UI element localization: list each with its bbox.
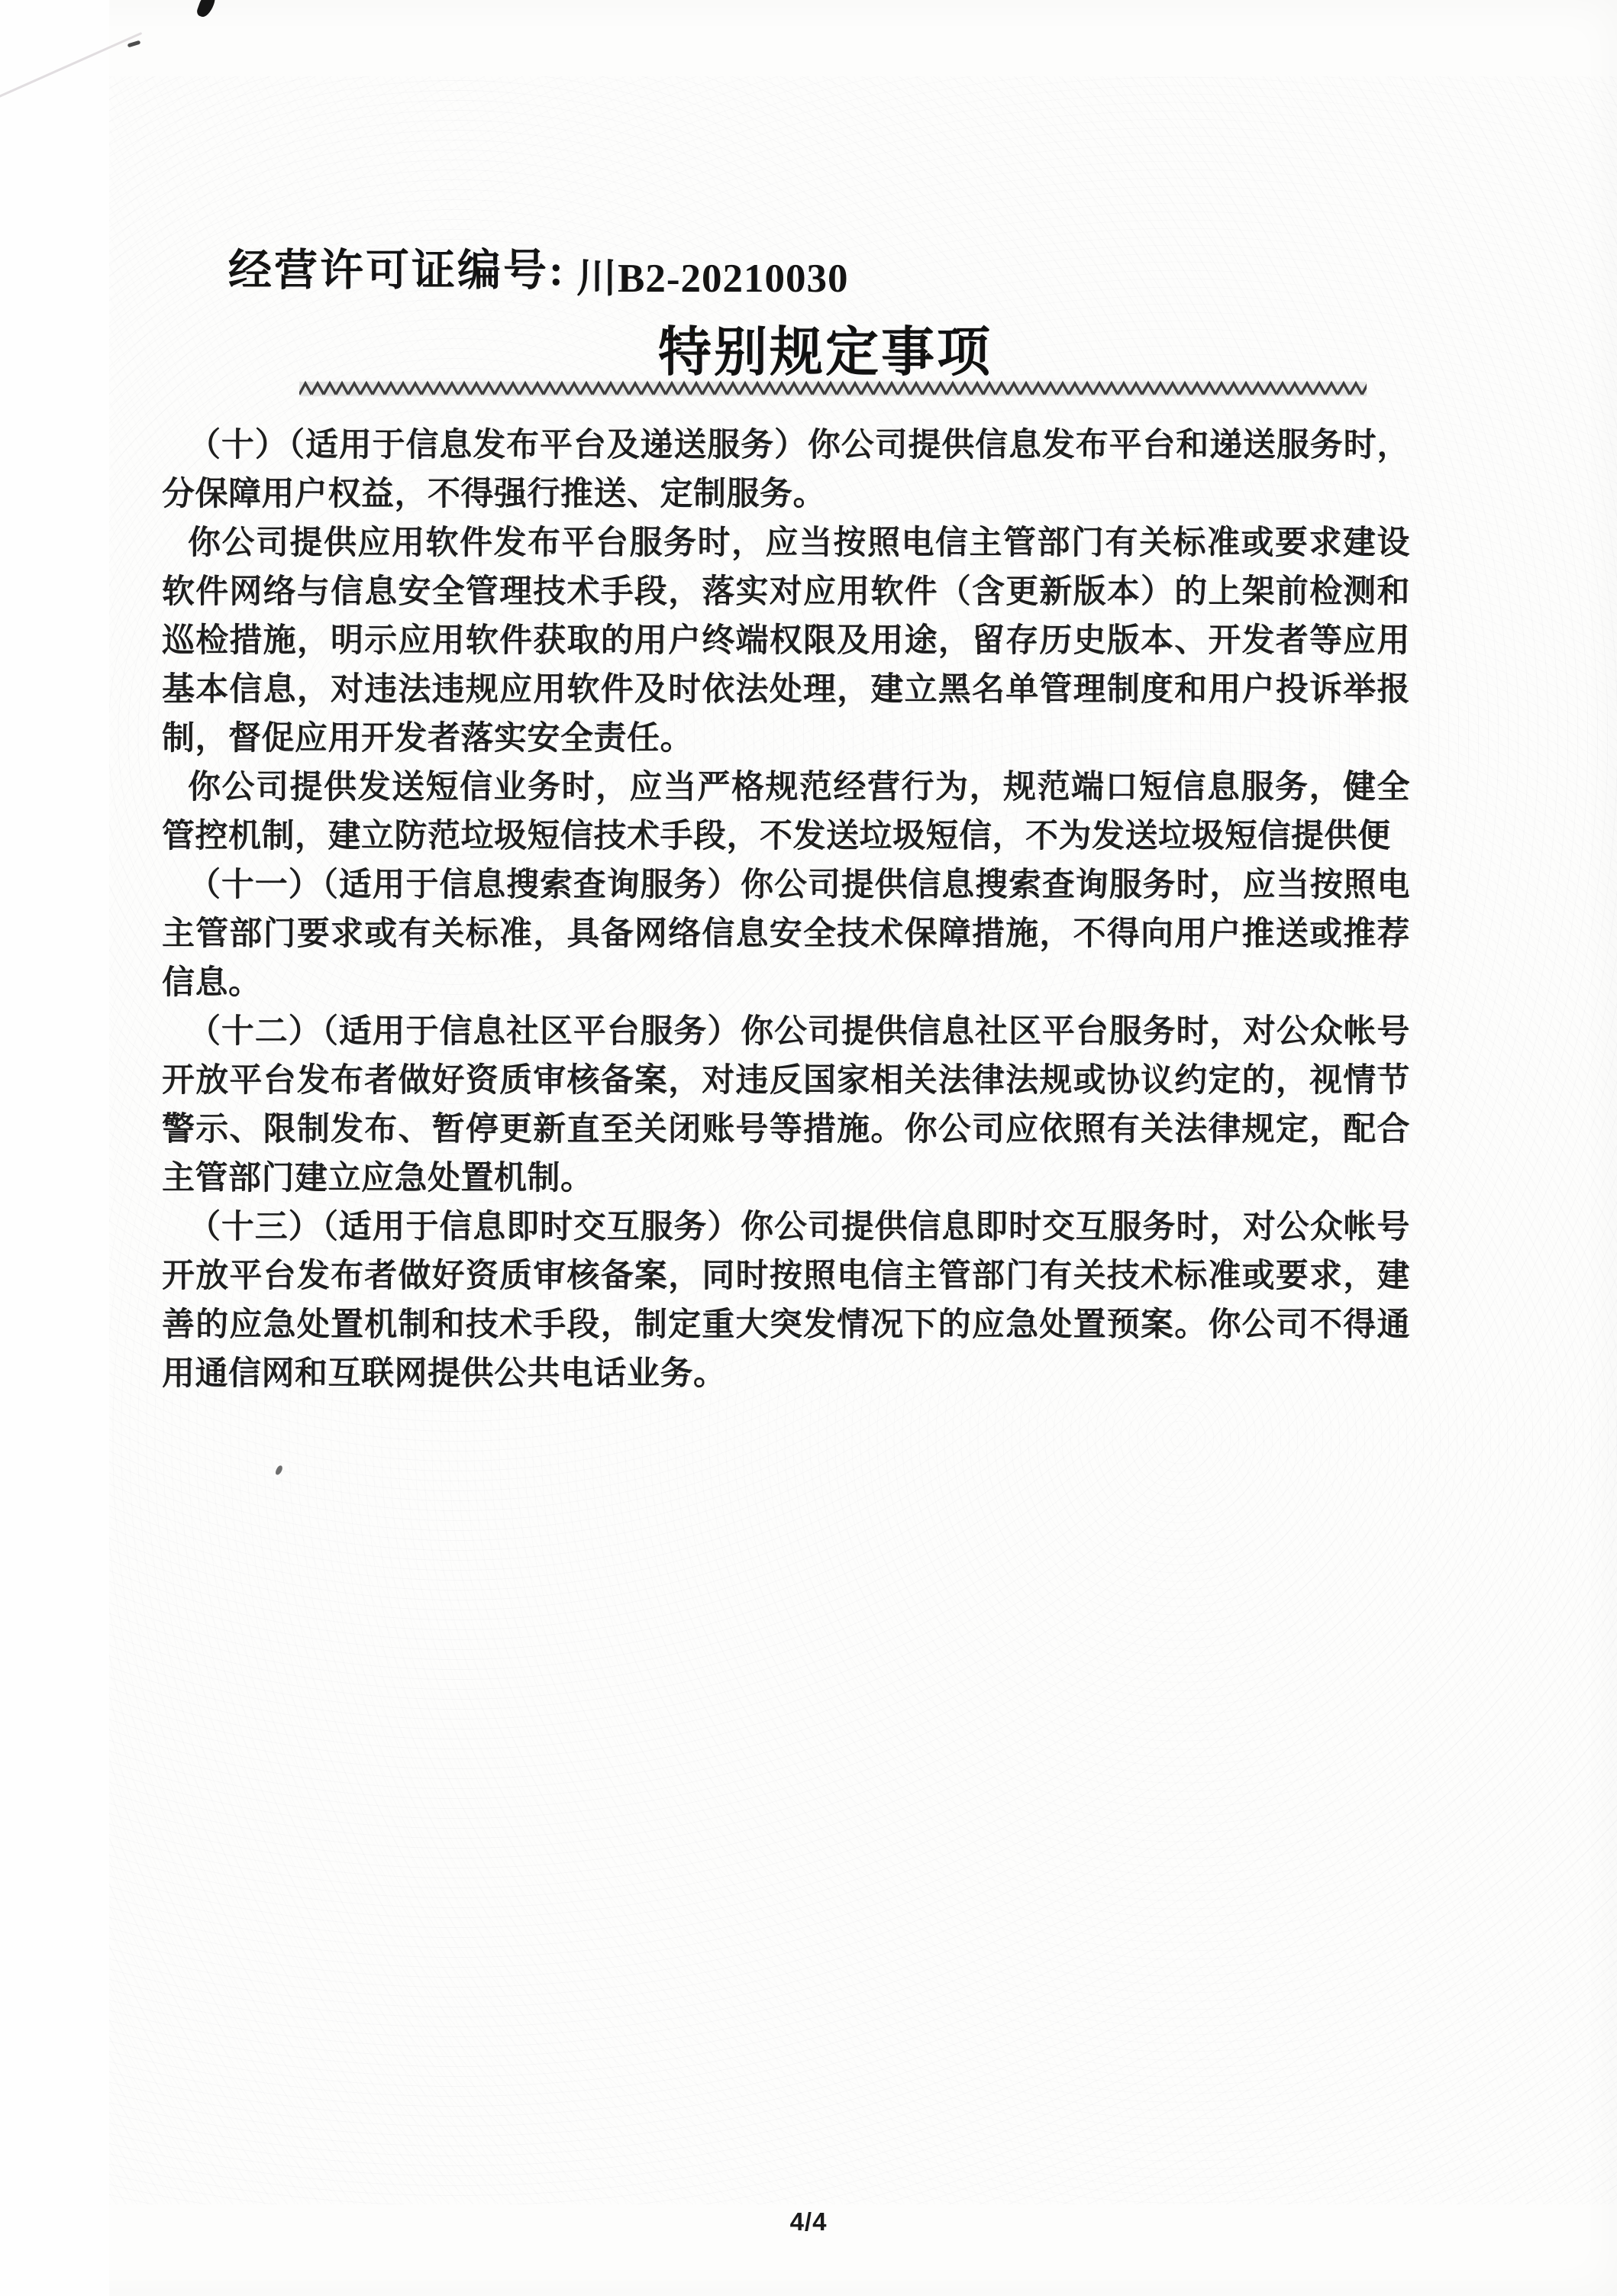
license-label: 经营许可证编号: (228, 247, 566, 295)
paragraph: （十三）（适用于信息即时交互服务）你公司提供信息即时交互服务时，对公众帐号和开放… (162, 1203, 1410, 1398)
text-line: 开放平台发布者做好资质审核备案，同时按照电信主管部门有关技术标准或要求，建立完 (162, 1251, 1410, 1300)
zigzag-divider (299, 379, 1367, 399)
text-line: 你公司提供发送短信业务时，应当严格规范经营行为，规范端口短信息服务，健全内部 (162, 763, 1410, 812)
text-line: 基本信息，对违法违规应用软件及时依法处理，建立黑名单管理制度和用户投诉举报机 (162, 665, 1410, 714)
text-line: （十一）（适用于信息搜索查询服务）你公司提供信息搜索查询服务时，应当按照电信 (162, 861, 1410, 909)
paragraph: 你公司提供发送短信业务时，应当严格规范经营行为，规范端口短信息服务，健全内部管控… (162, 763, 1410, 861)
text-line: 巡检措施，明示应用软件获取的用户终端权限及用途，留存历史版本、开发者等应用软件 (162, 616, 1410, 665)
text-line: 分保障用户权益，不得强行推送、定制服务。 (162, 470, 1410, 518)
text-line: 信息。 (162, 958, 1410, 1007)
text-line: 用通信网和互联网提供公共电话业务。 (162, 1349, 1410, 1398)
text-line: 警示、限制发布、暂停更新直至关闭账号等措施。你公司应依照有关法律规定，配合电信 (162, 1105, 1410, 1154)
paragraph: 你公司提供应用软件发布平台服务时，应当按照电信主管部门有关标准或要求建设应用软件… (162, 518, 1410, 763)
document-body: （十）（适用于信息发布平台及递送服务）你公司提供信息发布平台和递送服务时，充分保… (162, 421, 1410, 1398)
text-line: 主管部门建立应急处置机制。 (162, 1154, 1410, 1203)
paragraph: （十一）（适用于信息搜索查询服务）你公司提供信息搜索查询服务时，应当按照电信主管… (162, 861, 1410, 1007)
text-line: （十三）（适用于信息即时交互服务）你公司提供信息即时交互服务时，对公众帐号和 (162, 1203, 1410, 1251)
text-line: 你公司提供应用软件发布平台服务时，应当按照电信主管部门有关标准或要求建设应用 (162, 518, 1410, 567)
paragraph: （十二）（适用于信息社区平台服务）你公司提供信息社区平台服务时，对公众帐号和开放… (162, 1007, 1410, 1203)
text-line: （十）（适用于信息发布平台及递送服务）你公司提供信息发布平台和递送服务时，充 (162, 421, 1410, 470)
scan-artifact-dash (127, 40, 141, 48)
text-line: 开放平台发布者做好资质审核备案，对违反国家相关法律法规或协议约定的，视情节采取 (162, 1056, 1410, 1105)
scan-artifact-ink-blot (195, 0, 217, 19)
text-line: 软件网络与信息安全管理技术手段，落实对应用软件（含更新版本）的上架前检测和日常 (162, 567, 1410, 616)
text-line: 管控机制，建立防范垃圾短信技术手段，不发送垃圾短信，不为发送垃圾短信提供便利。 (162, 812, 1410, 861)
paragraph: （十）（适用于信息发布平台及递送服务）你公司提供信息发布平台和递送服务时，充分保… (162, 421, 1410, 518)
text-line: （十二）（适用于信息社区平台服务）你公司提供信息社区平台服务时，对公众帐号和 (162, 1007, 1410, 1056)
text-line: 善的应急处置机制和技术手段，制定重大突发情况下的应急处置预案。你公司不得通过公 (162, 1300, 1410, 1349)
document-title: 特别规定事项 (0, 309, 1617, 386)
page-number: 4/4 (0, 2207, 1617, 2236)
scan-artifact-speck (275, 1464, 283, 1476)
license-number-value: 川B2-20210030 (576, 257, 849, 301)
license-number-line: 经营许可证编号:川B2-20210030 (228, 235, 848, 298)
text-line: 制，督促应用开发者落实安全责任。 (162, 714, 1410, 763)
scanned-document-page: 经营许可证编号:川B2-20210030 特别规定事项 （十）（适用于信息发布平… (0, 0, 1617, 2296)
text-line: 主管部门要求或有关标准，具备网络信息安全技术保障措施，不得向用户推送或推荐违法 (162, 909, 1410, 958)
